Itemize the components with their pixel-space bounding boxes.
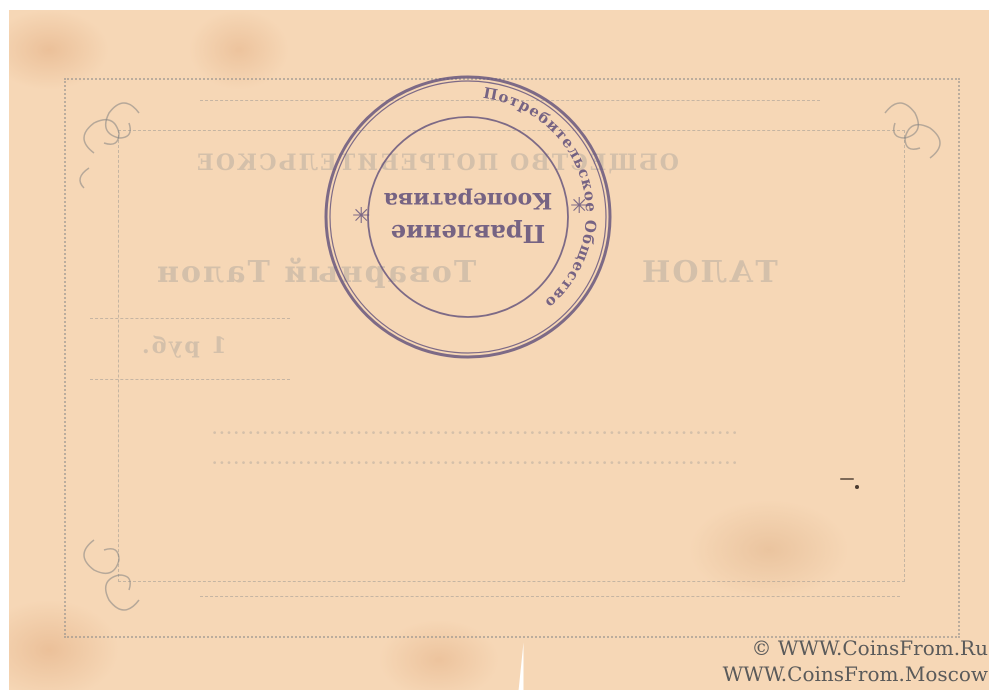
stamp-center-line1: Правление: [391, 219, 546, 248]
bleed-through-fineprint: ........................................…: [210, 450, 737, 468]
stamp-center-line2: Кооператива: [384, 187, 553, 213]
bleed-through-denomination: 1 руб.: [140, 333, 227, 359]
watermark-line2: WWW.CoinsFrom.Moscow: [723, 662, 988, 686]
bleed-through-fineprint: ........................................…: [210, 420, 737, 438]
frame-band-bottom: [200, 596, 900, 597]
scroll-ornament-icon: [64, 500, 194, 630]
paper-stain: [855, 485, 859, 489]
bleed-through-title-right: ТАЛОН: [640, 255, 778, 290]
scroll-ornament-icon: [64, 78, 194, 208]
watermark-line1: © WWW.CoinsFrom.Ru: [751, 636, 988, 660]
star-icon: ✳: [570, 194, 588, 219]
paper-stain: [840, 478, 854, 480]
cooperative-stamp: Правление Кооператива Потребительское Об…: [322, 73, 614, 361]
star-icon: ✳: [352, 204, 370, 229]
scroll-ornament-icon: [830, 78, 960, 208]
